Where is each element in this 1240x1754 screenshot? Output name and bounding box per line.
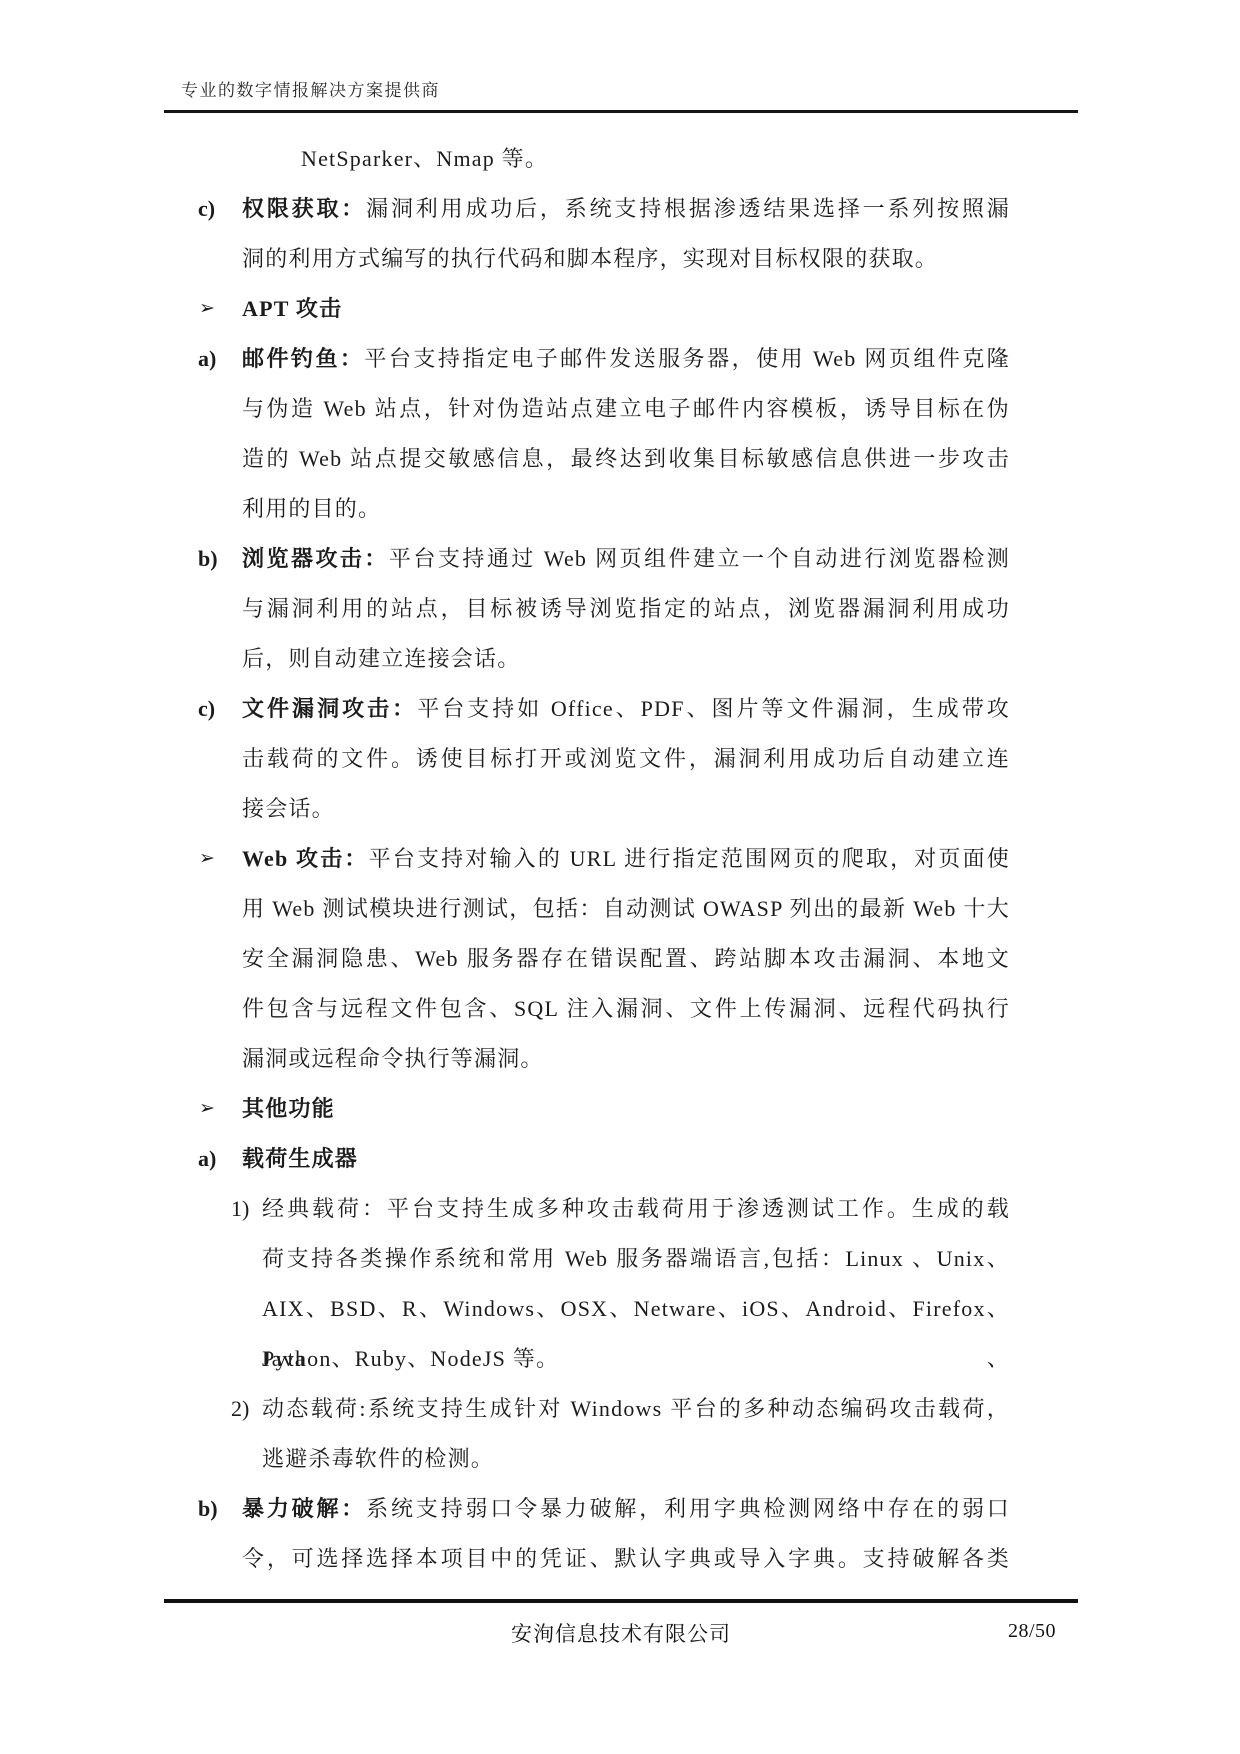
document-page: 专业的数字情报解决方案提供商 NetSparker、Nmap 等。c)权限获取：…: [0, 0, 1240, 1754]
bold-term: 暴力破解：: [242, 1496, 366, 1521]
footer-company-name: 安洵信息技术有限公司: [164, 1618, 1078, 1648]
line-text: 平台支持如 Office、PDF、图片等文件漏洞，生成带攻: [417, 696, 1010, 721]
line-text: 平台支持指定电子邮件发送服务器，使用 Web 网页组件克隆: [364, 346, 1010, 371]
line-text: 造的 Web 站点提交敏感信息，最终达到收集目标敏感信息供进一步攻击: [242, 446, 1010, 471]
text-line: 荷支持各类操作系统和常用 Web 服务器端语言,包括：Linux 、Unix、: [0, 1234, 1010, 1284]
bold-term: 文件漏洞攻击：: [242, 696, 417, 721]
list-label: a): [198, 1134, 216, 1184]
line-text: 件包含与远程文件包含、SQL 注入漏洞、文件上传漏洞、远程代码执行: [242, 996, 1010, 1021]
text-line: 造的 Web 站点提交敏感信息，最终达到收集目标敏感信息供进一步攻击: [0, 434, 1010, 484]
line-text: 利用的目的。: [242, 496, 381, 521]
line-text: 漏洞或远程命令执行等漏洞。: [242, 1046, 544, 1071]
line-text: NetSparker、Nmap 等。: [301, 146, 548, 171]
line-text: 逃避杀毒软件的检测。: [262, 1446, 494, 1471]
line-text: 与伪造 Web 站点，针对伪造站点建立电子邮件内容模板，诱导目标在伪: [242, 396, 1010, 421]
text-line: 与伪造 Web 站点，针对伪造站点建立电子邮件内容模板，诱导目标在伪: [0, 384, 1010, 434]
bold-term: APT 攻击: [242, 296, 342, 321]
line-text: 平台支持通过 Web 网页组件建立一个自动进行浏览器检测: [389, 546, 1010, 571]
list-label: c): [198, 184, 215, 234]
text-line: Python、Ruby、NodeJS 等。: [0, 1334, 1010, 1384]
bold-term: 载荷生成器: [242, 1146, 358, 1171]
text-line: ➢其他功能: [0, 1084, 1010, 1134]
line-text: 经典载荷：平台支持生成多种攻击载荷用于渗透测试工作。生成的载: [262, 1196, 1010, 1221]
list-label: b): [198, 534, 218, 584]
list-label: b): [198, 1484, 218, 1534]
line-text: 与漏洞利用的站点，目标被诱导浏览指定的站点，浏览器漏洞利用成功: [242, 596, 1010, 621]
text-line: 件包含与远程文件包含、SQL 注入漏洞、文件上传漏洞、远程代码执行: [0, 984, 1010, 1034]
bullet-arrow-icon: ➢: [199, 1084, 215, 1134]
text-line: 用 Web 测试模块进行测试，包括：自动测试 OWASP 列出的最新 Web 十…: [0, 884, 1010, 934]
line-text: 安全漏洞隐患、Web 服务器存在错误配置、跨站脚本攻击漏洞、本地文: [242, 946, 1010, 971]
text-line: ➢Web 攻击：平台支持对输入的 URL 进行指定范围网页的爬取，对页面使: [0, 834, 1010, 884]
text-line: 接会话。: [0, 784, 1010, 834]
page-number: 28/50: [1008, 1620, 1056, 1643]
line-text: 洞的利用方式编写的执行代码和脚本程序，实现对目标权限的获取。: [242, 246, 938, 271]
document-body: NetSparker、Nmap 等。c)权限获取：漏洞利用成功后，系统支持根据渗…: [0, 134, 1240, 1584]
text-line: c)权限获取：漏洞利用成功后，系统支持根据渗透结果选择一系列按照漏: [0, 184, 1010, 234]
list-label: 2): [231, 1384, 249, 1434]
text-line: 与漏洞利用的站点，目标被诱导浏览指定的站点，浏览器漏洞利用成功: [0, 584, 1010, 634]
line-text: 用 Web 测试模块进行测试，包括：自动测试 OWASP 列出的最新 Web 十…: [242, 896, 1010, 921]
text-line: 1)经典载荷：平台支持生成多种攻击载荷用于渗透测试工作。生成的载: [0, 1184, 1010, 1234]
line-text: 漏洞利用成功后，系统支持根据渗透结果选择一系列按照漏: [366, 196, 1010, 221]
bold-term: 其他功能: [242, 1096, 335, 1121]
bold-term: 浏览器攻击：: [242, 546, 389, 571]
text-line: 击载荷的文件。诱使目标打开或浏览文件，漏洞利用成功后自动建立连: [0, 734, 1010, 784]
bold-term: 邮件钓鱼：: [242, 346, 364, 371]
list-label: 1): [231, 1184, 249, 1234]
text-line: 利用的目的。: [0, 484, 1010, 534]
line-text: Python、Ruby、NodeJS 等。: [262, 1346, 559, 1371]
text-line: a)载荷生成器: [0, 1134, 1010, 1184]
line-text: 令，可选择选择本项目中的凭证、默认字典或导入字典。支持破解各类: [242, 1546, 1010, 1571]
text-line: 洞的利用方式编写的执行代码和脚本程序，实现对目标权限的获取。: [0, 234, 1010, 284]
text-line: b)暴力破解：系统支持弱口令暴力破解，利用字典检测网络中存在的弱口: [0, 1484, 1010, 1534]
line-text: 平台支持对输入的 URL 进行指定范围网页的爬取，对页面使: [369, 846, 1010, 871]
list-label: c): [198, 684, 215, 734]
list-label: a): [198, 334, 216, 384]
line-text: 系统支持弱口令暴力破解，利用字典检测网络中存在的弱口: [366, 1496, 1010, 1521]
text-line: AIX、BSD、R、Windows、OSX、Netware、iOS、Androi…: [0, 1284, 1010, 1334]
line-text: 荷支持各类操作系统和常用 Web 服务器端语言,包括：Linux 、Unix、: [262, 1246, 1010, 1271]
bold-term: 权限获取：: [242, 196, 366, 221]
bullet-arrow-icon: ➢: [199, 834, 215, 884]
text-line: 令，可选择选择本项目中的凭证、默认字典或导入字典。支持破解各类: [0, 1534, 1010, 1584]
line-text: 动态载荷:系统支持生成针对 Windows 平台的多种动态编码攻击载荷，: [262, 1396, 1010, 1421]
text-line: 逃避杀毒软件的检测。: [0, 1434, 1010, 1484]
text-line: 2)动态载荷:系统支持生成针对 Windows 平台的多种动态编码攻击载荷，: [0, 1384, 1010, 1434]
text-line: ➢APT 攻击: [0, 284, 1010, 334]
text-line: b)浏览器攻击：平台支持通过 Web 网页组件建立一个自动进行浏览器检测: [0, 534, 1010, 584]
text-line: NetSparker、Nmap 等。: [0, 134, 1010, 184]
bullet-arrow-icon: ➢: [199, 284, 215, 334]
text-line: a)邮件钓鱼：平台支持指定电子邮件发送服务器，使用 Web 网页组件克隆: [0, 334, 1010, 384]
text-line: 漏洞或远程命令执行等漏洞。: [0, 1034, 1010, 1084]
text-line: c)文件漏洞攻击：平台支持如 Office、PDF、图片等文件漏洞，生成带攻: [0, 684, 1010, 734]
text-line: 安全漏洞隐患、Web 服务器存在错误配置、跨站脚本攻击漏洞、本地文: [0, 934, 1010, 984]
footer-rule: [164, 1599, 1078, 1603]
text-line: 后，则自动建立连接会话。: [0, 634, 1010, 684]
header-rule: [164, 110, 1078, 113]
header-slogan: 专业的数字情报解决方案提供商: [181, 76, 440, 101]
line-text: 后，则自动建立连接会话。: [242, 646, 520, 671]
line-text: 击载荷的文件。诱使目标打开或浏览文件，漏洞利用成功后自动建立连: [242, 746, 1010, 771]
bold-term: Web 攻击：: [242, 846, 369, 871]
line-text: 接会话。: [242, 796, 335, 821]
